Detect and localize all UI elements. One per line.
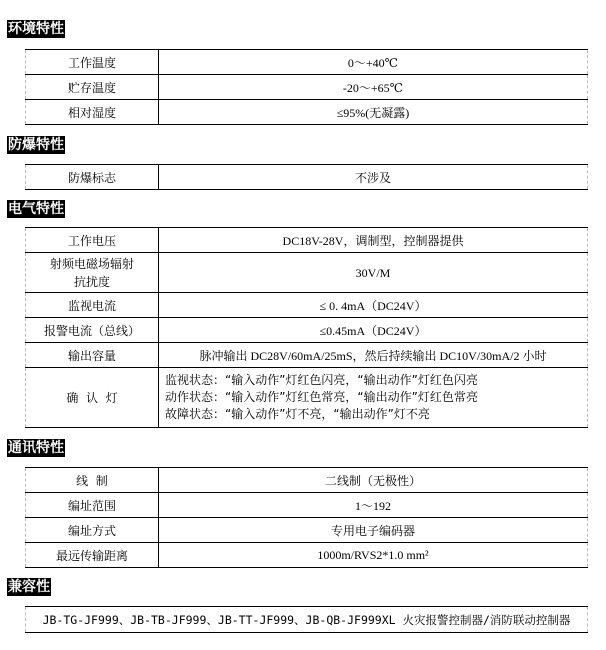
table-row: 报警电流（总线） ≤0.45mA（DC24V） bbox=[26, 318, 588, 343]
table-row: 最远传输距离 1000m/RVS2*1.0 mm² bbox=[26, 543, 588, 568]
section-heading-electrical: 电气特性 bbox=[7, 200, 65, 218]
electrical-table: 工作电压 DC18V-28V，调制型，控制器提供 射频电磁场辐射 抗扰度 30V… bbox=[25, 227, 588, 428]
row-value: 0～+40℃ bbox=[159, 50, 588, 75]
row-label: 确 认 灯 bbox=[26, 368, 159, 428]
table-row: 输出容量 脉冲输出 DC28V/60mA/25mS，然后持续输出 DC10V/3… bbox=[26, 343, 588, 368]
row-label: 最远传输距离 bbox=[26, 543, 159, 568]
compatibility-value: JB-TG-JF999、JB-TB-JF999、JB-TT-JF999、JB-Q… bbox=[26, 607, 588, 633]
row-label: 输出容量 bbox=[26, 343, 159, 368]
table-row: 编址范围 1～192 bbox=[26, 493, 588, 518]
row-label: 贮存温度 bbox=[26, 75, 159, 100]
row-value: ≤0.45mA（DC24V） bbox=[159, 318, 588, 343]
row-value: 30V/M bbox=[159, 253, 588, 293]
row-value: 监视状态：“输入动作”灯红色闪亮，“输出动作”灯红色闪亮 动作状态：“输入动作”… bbox=[159, 368, 588, 428]
indicator-state-line: 动作状态：“输入动作”灯红色常亮，“输出动作”灯红色常亮 bbox=[165, 389, 587, 406]
row-label: 射频电磁场辐射 抗扰度 bbox=[26, 253, 159, 293]
row-label-line: 射频电磁场辐射 bbox=[26, 255, 158, 273]
row-label: 监视电流 bbox=[26, 293, 159, 318]
row-value: -20～+65℃ bbox=[159, 75, 588, 100]
table-row: JB-TG-JF999、JB-TB-JF999、JB-TT-JF999、JB-Q… bbox=[26, 607, 588, 633]
table-row: 工作温度 0～+40℃ bbox=[26, 50, 588, 75]
row-label: 防爆标志 bbox=[26, 165, 159, 190]
indicator-state-line: 故障状态：“输入动作”灯不亮，“输出动作”灯不亮 bbox=[165, 406, 587, 423]
row-label: 编址范围 bbox=[26, 493, 159, 518]
row-value: 二线制（无极性） bbox=[159, 468, 588, 493]
row-value: 专用电子编码器 bbox=[159, 518, 588, 543]
row-value: 1000m/RVS2*1.0 mm² bbox=[159, 543, 588, 568]
section-heading-compatibility: 兼容性 bbox=[7, 578, 51, 596]
indicator-state-line: 监视状态：“输入动作”灯红色闪亮，“输出动作”灯红色闪亮 bbox=[165, 372, 587, 389]
table-row: 射频电磁场辐射 抗扰度 30V/M bbox=[26, 253, 588, 293]
row-value: ≤ 0. 4mA（DC24V） bbox=[159, 293, 588, 318]
row-value: ≤95%(无凝露) bbox=[159, 100, 588, 125]
table-row: 线 制 二线制（无极性） bbox=[26, 468, 588, 493]
table-row: 贮存温度 -20～+65℃ bbox=[26, 75, 588, 100]
row-value: DC18V-28V，调制型，控制器提供 bbox=[159, 228, 588, 253]
table-row: 相对湿度 ≤95%(无凝露) bbox=[26, 100, 588, 125]
compatibility-table: JB-TG-JF999、JB-TB-JF999、JB-TT-JF999、JB-Q… bbox=[25, 606, 588, 633]
row-value: 不涉及 bbox=[159, 165, 588, 190]
row-label: 相对湿度 bbox=[26, 100, 159, 125]
row-label-line: 抗扰度 bbox=[26, 273, 158, 291]
row-label: 工作温度 bbox=[26, 50, 159, 75]
row-value: 1～192 bbox=[159, 493, 588, 518]
section-heading-environment: 环境特性 bbox=[7, 20, 65, 38]
row-label: 工作电压 bbox=[26, 228, 159, 253]
environment-table: 工作温度 0～+40℃ 贮存温度 -20～+65℃ 相对湿度 ≤95%(无凝露) bbox=[25, 49, 588, 125]
section-heading-communication: 通讯特性 bbox=[7, 439, 65, 457]
row-value: 脉冲输出 DC28V/60mA/25mS，然后持续输出 DC10V/30mA/2… bbox=[159, 343, 588, 368]
table-row: 工作电压 DC18V-28V，调制型，控制器提供 bbox=[26, 228, 588, 253]
row-label: 线 制 bbox=[26, 468, 159, 493]
table-row: 防爆标志 不涉及 bbox=[26, 165, 588, 190]
communication-table: 线 制 二线制（无极性） 编址范围 1～192 编址方式 专用电子编码器 最远传… bbox=[25, 467, 588, 568]
row-label: 报警电流（总线） bbox=[26, 318, 159, 343]
row-label: 编址方式 bbox=[26, 518, 159, 543]
table-row: 确 认 灯 监视状态：“输入动作”灯红色闪亮，“输出动作”灯红色闪亮 动作状态：… bbox=[26, 368, 588, 428]
table-row: 监视电流 ≤ 0. 4mA（DC24V） bbox=[26, 293, 588, 318]
table-row: 编址方式 专用电子编码器 bbox=[26, 518, 588, 543]
explosion-table: 防爆标志 不涉及 bbox=[25, 164, 588, 190]
section-heading-explosion: 防爆特性 bbox=[7, 136, 65, 154]
